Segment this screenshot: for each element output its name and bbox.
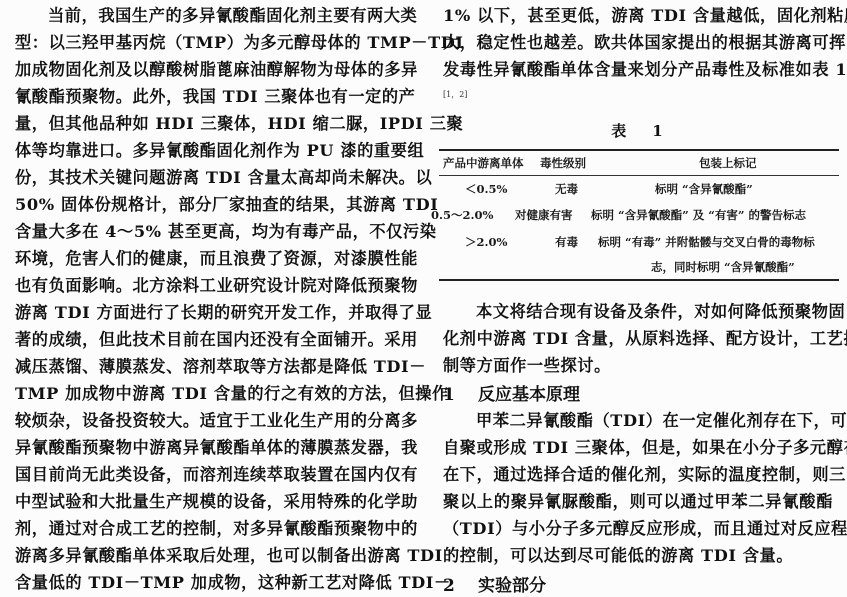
text-line: 量，但其他品种如 HDI 三聚体，HDI 缩二脲，IPDI 三聚 bbox=[15, 114, 410, 134]
text-line: 游离 TDI 方面进行了长期的研究开发工作，并取得了显 bbox=[15, 303, 410, 323]
text-line: 游离多异氰酸酯单体采取后处理，也可以制备出游离 TDI bbox=[15, 546, 410, 566]
text-line: 的控制，可以达到尽可能低的游离 TDI 含量。 bbox=[443, 546, 833, 566]
section-title: 反应基本原理 bbox=[478, 385, 580, 405]
text-line: 含量低的 TDI－TMP 加成物，这种新工艺对降低 TDI－ bbox=[15, 573, 410, 593]
table-header-level: 毒性级别 bbox=[540, 156, 586, 170]
table-cell-label: 标明 “含异氰酸酯” 及 “有害” 的警告标志 bbox=[591, 208, 806, 222]
table-cell-level: 有毒 bbox=[555, 235, 578, 249]
text-line: 发毒性异氰酸酯单体含量来划分产品毒性及标准如表 1。 bbox=[443, 60, 833, 80]
table-number: 1 bbox=[652, 122, 664, 140]
section-number: 1 bbox=[443, 384, 478, 406]
text-line: （TDI）与小分子多元醇反应形成，而且通过对反应程度 bbox=[443, 519, 833, 539]
section-heading-1: 1反应基本原理 bbox=[443, 384, 580, 406]
text-line: 本文将结合现有设备及条件，对如何降低预聚物固 bbox=[443, 302, 833, 322]
table-cell-label: 标明 “含异氰酸酯” bbox=[655, 182, 753, 196]
section-title: 实验部分 bbox=[478, 576, 546, 596]
table-bottom-rule bbox=[439, 279, 839, 281]
text-line: 剂，通过对合成工艺的控制，对多异氰酸酯预聚物中的 bbox=[15, 519, 410, 539]
text-line: 1% 以下，甚至更低，游离 TDI 含量越低，固化剂粘度越 bbox=[443, 6, 833, 26]
text-line: 份，其技术关键问题游离 TDI 含量太高却尚未解决。以 bbox=[15, 168, 410, 188]
text-line: 50% 固体份规格计，部分厂家抽查的结果，其游离 TDI bbox=[15, 195, 410, 215]
table-cell-content: ＞2.0% bbox=[465, 235, 507, 249]
text-line: 化剂中游离 TDI 含量，从原料选择、配方设计，工艺控 bbox=[443, 329, 833, 349]
table-cell-level: 对健康有害 bbox=[515, 208, 573, 222]
table-cell-level: 无毒 bbox=[555, 182, 578, 196]
table-cell-label: 标明 “有毒” 并附骷髅与交叉白骨的毒物标 bbox=[598, 235, 815, 249]
text-line: 制等方面作一些探讨。 bbox=[443, 356, 833, 376]
text-line: 减压蒸馏、薄膜蒸发、溶剂萃取等方法都是降低 TDI－ bbox=[15, 357, 410, 377]
text-line: 国目前尚无此类设备，而溶剂连续萃取装置在国内仅有 bbox=[15, 465, 410, 485]
text-line: 异氰酸酯预聚物中游离异氰酸酯单体的薄膜蒸发器，我 bbox=[15, 438, 410, 458]
text-line: 加成物固化剂及以醇酸树脂蓖麻油醇解物为母体的多异 bbox=[15, 60, 410, 80]
text-line: 当前，我国生产的多异氰酸酯固化剂主要有两大类 bbox=[15, 6, 410, 26]
text-line: 含量大多在 4～5% 甚至更高，均为有毒产品，不仅污染 bbox=[15, 222, 410, 242]
table-top-rule bbox=[439, 149, 839, 151]
text-line: 中型试验和大批量生产规模的设备，采用特殊的化学助 bbox=[15, 492, 410, 512]
table-cell-content: 0.5～2.0% bbox=[431, 208, 493, 222]
text-line: 著的成绩，但此技术目前在国内还没有全面铺开。采用 bbox=[15, 330, 410, 350]
text-line: 在下，通过选择合适的催化剂，实际的温度控制，则三 bbox=[443, 465, 833, 485]
table-title-label: 表 bbox=[611, 122, 628, 140]
text-line: 型：以三羟甲基丙烷（TMP）为多元醇母体的 TMP－TDI bbox=[15, 33, 410, 53]
section-number: 2 bbox=[443, 575, 478, 597]
table-cell-content: ＜0.5% bbox=[465, 182, 507, 196]
text-line: 甲苯二异氰酸酯（TDI）在一定催化剂存在下，可以 bbox=[443, 411, 833, 431]
text-line: 较烦杂，设备投资较大。适宜于工业化生产用的分离多 bbox=[15, 411, 410, 431]
text-line: TMP 加成物中游离 TDI 含量的行之有效的方法，但操作 bbox=[15, 384, 410, 404]
table-cell-label-continued: 志，同时标明 “含异氰酸酯” bbox=[651, 260, 795, 274]
citation-reference: [1，2] bbox=[443, 90, 467, 100]
text-line: 自聚或形成 TDI 三聚体，但是，如果在小分子多元醇存 bbox=[443, 438, 833, 458]
table-header-rule bbox=[439, 175, 839, 176]
text-line: 大，稳定性也越差。欧共体国家提出的根据其游离可挥 bbox=[443, 33, 833, 53]
section-heading-2: 2实验部分 bbox=[443, 575, 546, 597]
text-line: 聚以上的聚异氰脲酸酯，则可以通过甲苯二异氰酸酯 bbox=[443, 492, 833, 512]
table-header-label: 包装上标记 bbox=[699, 156, 757, 170]
text-line: 环境，危害人们的健康，而且浪费了资源，对漆膜性能 bbox=[15, 249, 410, 269]
table-header-content: 产品中游离单体 bbox=[443, 156, 524, 170]
text-line: 体等均靠进口。多异氰酸酯固化剂作为 PU 漆的重要组 bbox=[15, 141, 410, 161]
table-title: 表1 bbox=[443, 120, 833, 141]
text-line: 氰酸酯预聚物。此外，我国 TDI 三聚体也有一定的产 bbox=[15, 87, 410, 107]
text-line: 也有负面影响。北方涂料工业研究设计院对降低预聚物 bbox=[15, 276, 410, 296]
